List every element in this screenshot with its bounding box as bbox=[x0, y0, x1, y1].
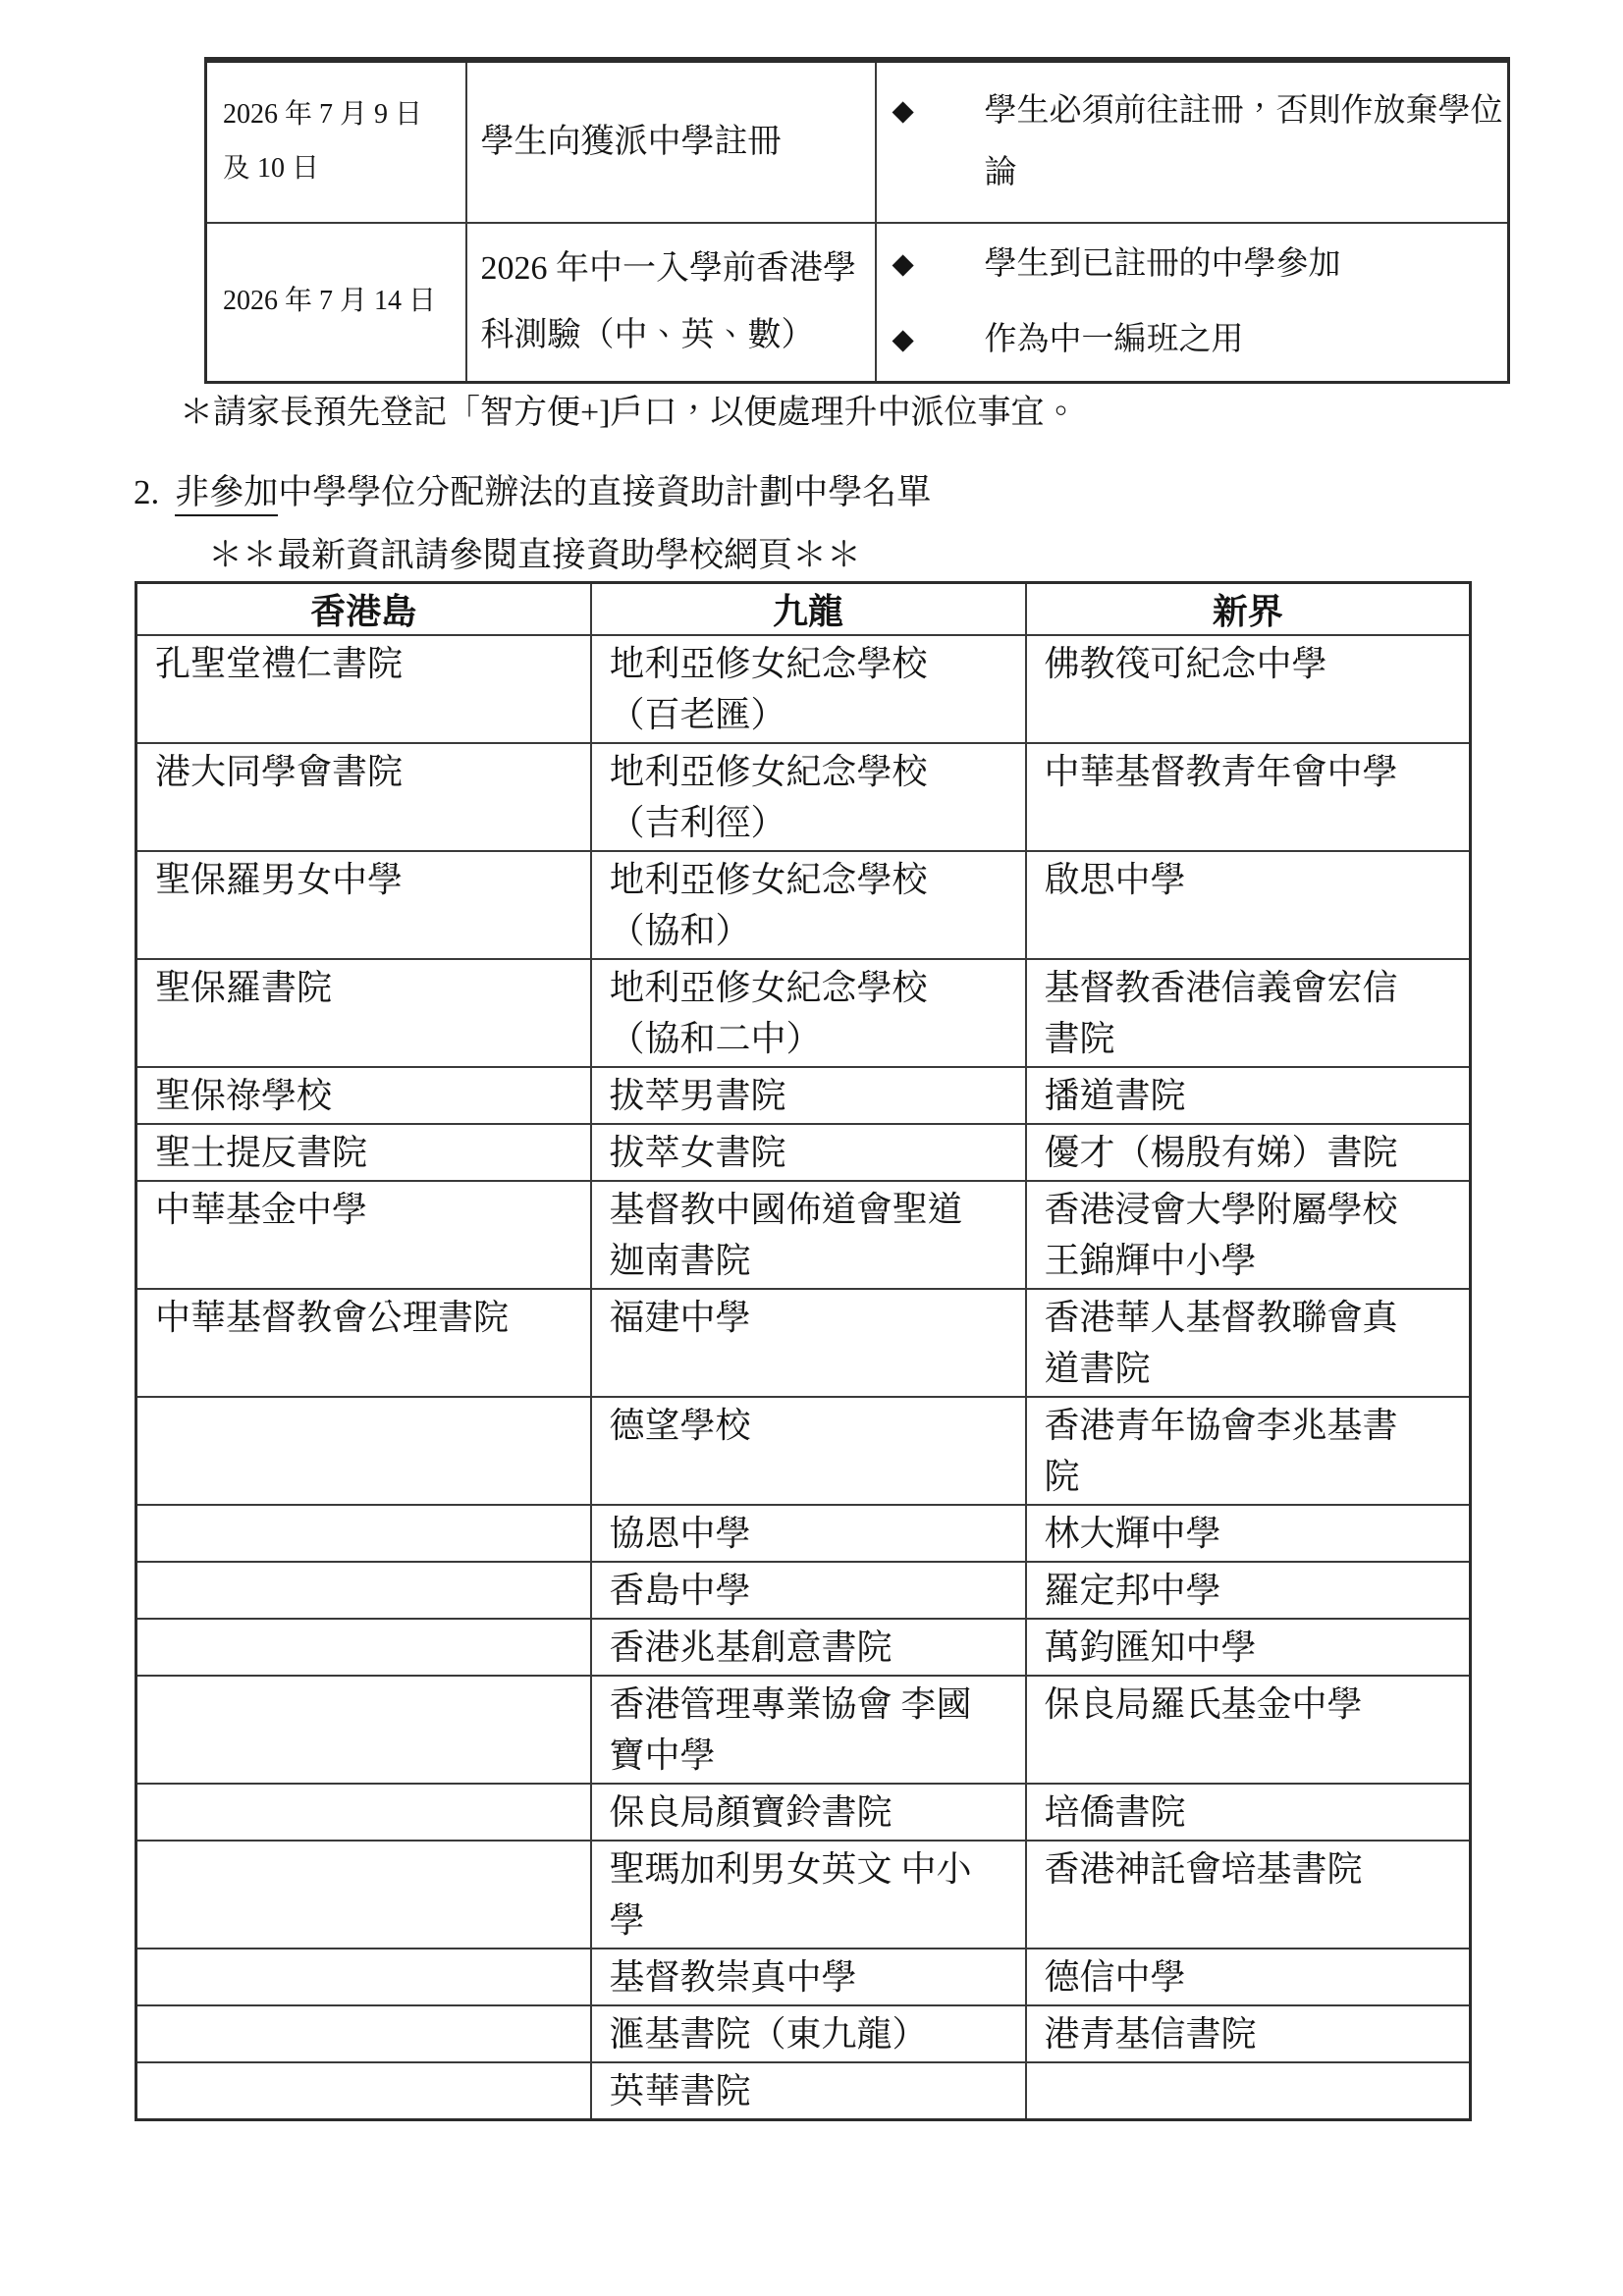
school-cell-hong-kong-island: 聖保祿學校 bbox=[136, 1067, 591, 1124]
school-cell-new-territories: 港青基信書院 bbox=[1026, 2005, 1471, 2062]
school-cell-kowloon: 滙基書院（東九龍） bbox=[591, 2005, 1026, 2062]
school-cell-hong-kong-island bbox=[136, 1784, 591, 1841]
schedule-date-cell: 2026 年 7 月 9 日及 10 日 bbox=[206, 60, 466, 223]
school-cell-hong-kong-island: 中華基督教會公理書院 bbox=[136, 1289, 591, 1397]
school-cell-new-territories: 佛教筏可紀念中學 bbox=[1026, 635, 1471, 743]
school-cell-kowloon: 基督教崇真中學 bbox=[591, 1949, 1026, 2005]
diamond-bullet-icon: ◆ bbox=[877, 309, 985, 371]
schedule-event-cell: 學生向獲派中學註冊 bbox=[466, 60, 876, 223]
school-cell-hong-kong-island bbox=[136, 1949, 591, 2005]
section-heading: 2.非參加中學學位分配辦法的直接資助計劃中學名單 bbox=[134, 465, 931, 514]
bullet-text: 學生必須前往註冊，否則作放棄學位論 bbox=[985, 80, 1508, 203]
school-cell-hong-kong-island bbox=[136, 1619, 591, 1676]
section-title-rest: 中學學位分配辦法的直接資助計劃中學名單 bbox=[278, 473, 931, 511]
school-cell-kowloon: 保良局顏寶鈴書院 bbox=[591, 1784, 1026, 1841]
schools-table-row: 協恩中學林大輝中學 bbox=[136, 1505, 1471, 1562]
school-cell-kowloon: 英華書院 bbox=[591, 2062, 1026, 2120]
schools-table-row: 德望學校香港青年協會李兆基書院 bbox=[136, 1397, 1471, 1505]
school-cell-hong-kong-island: 聖保羅書院 bbox=[136, 959, 591, 1067]
school-cell-new-territories: 萬鈞匯知中學 bbox=[1026, 1619, 1471, 1676]
school-cell-new-territories bbox=[1026, 2062, 1471, 2120]
schools-table-row: 香港管理專業協會 李國寶中學保良局羅氏基金中學 bbox=[136, 1676, 1471, 1784]
col-header-new-territories: 新界 bbox=[1026, 583, 1471, 636]
school-cell-kowloon: 聖瑪加利男女英文 中小學 bbox=[591, 1841, 1026, 1949]
school-cell-new-territories: 林大輝中學 bbox=[1026, 1505, 1471, 1562]
schools-table-row: 滙基書院（東九龍）港青基信書院 bbox=[136, 2005, 1471, 2062]
schools-table: 香港島 九龍 新界 孔聖堂禮仁書院地利亞修女紀念學校（百老匯）佛教筏可紀念中學港… bbox=[135, 581, 1472, 2121]
school-cell-new-territories: 培僑書院 bbox=[1026, 1784, 1471, 1841]
school-cell-hong-kong-island bbox=[136, 1505, 591, 1562]
school-cell-hong-kong-island bbox=[136, 2062, 591, 2120]
section-subtitle: ＊＊最新資訊請參閱直接資助學校網頁＊＊ bbox=[208, 528, 861, 577]
school-cell-hong-kong-island bbox=[136, 1562, 591, 1619]
school-cell-kowloon: 基督教中國佈道會聖道迦南書院 bbox=[591, 1181, 1026, 1289]
school-cell-kowloon: 地利亞修女紀念學校（協和二中） bbox=[591, 959, 1026, 1067]
registration-note: ＊請家長預先登記「智方便+]戶口，以便處理升中派位事宜。 bbox=[180, 385, 1078, 433]
schools-table-row: 聖瑪加利男女英文 中小學香港神託會培基書院 bbox=[136, 1841, 1471, 1949]
col-header-hong-kong-island: 香港島 bbox=[136, 583, 591, 636]
school-cell-kowloon: 協恩中學 bbox=[591, 1505, 1026, 1562]
school-cell-hong-kong-island: 聖保羅男女中學 bbox=[136, 851, 591, 959]
schools-table-row: 香島中學羅定邦中學 bbox=[136, 1562, 1471, 1619]
school-cell-new-territories: 德信中學 bbox=[1026, 1949, 1471, 2005]
schools-table-row: 中華基督教會公理書院福建中學香港華人基督教聯會真道書院 bbox=[136, 1289, 1471, 1397]
schedule-date-cell: 2026 年 7 月 14 日 bbox=[206, 223, 466, 382]
schools-table-body: 孔聖堂禮仁書院地利亞修女紀念學校（百老匯）佛教筏可紀念中學港大同學會書院地利亞修… bbox=[136, 635, 1471, 2120]
school-cell-new-territories: 羅定邦中學 bbox=[1026, 1562, 1471, 1619]
schools-table-row: 中華基金中學基督教中國佈道會聖道迦南書院香港浸會大學附屬學校王錦輝中小學 bbox=[136, 1181, 1471, 1289]
school-cell-hong-kong-island: 港大同學會書院 bbox=[136, 743, 591, 851]
schools-table-row: 基督教崇真中學德信中學 bbox=[136, 1949, 1471, 2005]
school-cell-kowloon: 香島中學 bbox=[591, 1562, 1026, 1619]
school-cell-new-territories: 香港浸會大學附屬學校王錦輝中小學 bbox=[1026, 1181, 1471, 1289]
col-header-kowloon: 九龍 bbox=[591, 583, 1026, 636]
school-cell-kowloon: 拔萃女書院 bbox=[591, 1124, 1026, 1181]
section-title-underlined: 非參加 bbox=[175, 473, 278, 516]
school-cell-new-territories: 啟思中學 bbox=[1026, 851, 1471, 959]
school-cell-kowloon: 拔萃男書院 bbox=[591, 1067, 1026, 1124]
school-cell-hong-kong-island: 聖士提反書院 bbox=[136, 1124, 591, 1181]
school-cell-kowloon: 地利亞修女紀念學校（吉利徑） bbox=[591, 743, 1026, 851]
schedule-notes-cell: ◆學生必須前往註冊，否則作放棄學位論 bbox=[876, 60, 1509, 223]
bullet-text: 作為中一編班之用 bbox=[985, 309, 1508, 371]
schools-table-row: 香港兆基創意書院萬鈞匯知中學 bbox=[136, 1619, 1471, 1676]
schools-table-row: 港大同學會書院地利亞修女紀念學校（吉利徑）中華基督教青年會中學 bbox=[136, 743, 1471, 851]
school-cell-new-territories: 優才（楊殷有娣）書院 bbox=[1026, 1124, 1471, 1181]
schools-table-row: 英華書院 bbox=[136, 2062, 1471, 2120]
section-number: 2. bbox=[134, 473, 159, 511]
diamond-bullet-icon: ◆ bbox=[877, 80, 985, 142]
school-cell-kowloon: 香港兆基創意書院 bbox=[591, 1619, 1026, 1676]
school-cell-kowloon: 地利亞修女紀念學校（協和） bbox=[591, 851, 1026, 959]
bullet-item: ◆學生到已註冊的中學參加 bbox=[877, 234, 1508, 295]
school-cell-new-territories: 香港青年協會李兆基書院 bbox=[1026, 1397, 1471, 1505]
school-cell-hong-kong-island bbox=[136, 1841, 591, 1949]
schools-table-row: 聖保祿學校拔萃男書院播道書院 bbox=[136, 1067, 1471, 1124]
school-cell-kowloon: 地利亞修女紀念學校（百老匯） bbox=[591, 635, 1026, 743]
school-cell-hong-kong-island: 中華基金中學 bbox=[136, 1181, 591, 1289]
school-cell-new-territories: 保良局羅氏基金中學 bbox=[1026, 1676, 1471, 1784]
bullet-item: ◆作為中一編班之用 bbox=[877, 309, 1508, 371]
schools-table-row: 孔聖堂禮仁書院地利亞修女紀念學校（百老匯）佛教筏可紀念中學 bbox=[136, 635, 1471, 743]
school-cell-hong-kong-island bbox=[136, 2005, 591, 2062]
school-cell-hong-kong-island bbox=[136, 1676, 591, 1784]
schedule-table: 2026 年 7 月 9 日及 10 日 學生向獲派中學註冊 ◆學生必須前往註冊… bbox=[204, 57, 1510, 384]
schools-table-row: 聖士提反書院拔萃女書院優才（楊殷有娣）書院 bbox=[136, 1124, 1471, 1181]
scanned-document-page: { "note": "＊請家長預先登記「智方便+]戶口，以便處理升中派位事宜。"… bbox=[0, 0, 1623, 2296]
bullet-item: ◆學生必須前往註冊，否則作放棄學位論 bbox=[877, 80, 1508, 203]
schools-table-row: 保良局顏寶鈴書院培僑書院 bbox=[136, 1784, 1471, 1841]
school-cell-new-territories: 香港神託會培基書院 bbox=[1026, 1841, 1471, 1949]
schedule-row: 2026 年 7 月 14 日 2026 年中一入學前香港學科測驗（中、英、數）… bbox=[206, 223, 1509, 382]
diamond-bullet-icon: ◆ bbox=[877, 234, 985, 295]
school-cell-new-territories: 基督教香港信義會宏信書院 bbox=[1026, 959, 1471, 1067]
school-cell-new-territories: 播道書院 bbox=[1026, 1067, 1471, 1124]
school-cell-hong-kong-island: 孔聖堂禮仁書院 bbox=[136, 635, 591, 743]
school-cell-new-territories: 中華基督教青年會中學 bbox=[1026, 743, 1471, 851]
school-cell-kowloon: 德望學校 bbox=[591, 1397, 1026, 1505]
schools-header-row: 香港島 九龍 新界 bbox=[136, 583, 1471, 636]
schedule-event-cell: 2026 年中一入學前香港學科測驗（中、英、數） bbox=[466, 223, 876, 382]
schedule-notes-cell: ◆學生到已註冊的中學參加◆作為中一編班之用 bbox=[876, 223, 1509, 382]
school-cell-kowloon: 香港管理專業協會 李國寶中學 bbox=[591, 1676, 1026, 1784]
schools-table-row: 聖保羅男女中學地利亞修女紀念學校（協和）啟思中學 bbox=[136, 851, 1471, 959]
schedule-row: 2026 年 7 月 9 日及 10 日 學生向獲派中學註冊 ◆學生必須前往註冊… bbox=[206, 60, 1509, 223]
bullet-text: 學生到已註冊的中學參加 bbox=[985, 234, 1508, 295]
schools-table-row: 聖保羅書院地利亞修女紀念學校（協和二中）基督教香港信義會宏信書院 bbox=[136, 959, 1471, 1067]
school-cell-hong-kong-island bbox=[136, 1397, 591, 1505]
school-cell-new-territories: 香港華人基督教聯會真道書院 bbox=[1026, 1289, 1471, 1397]
school-cell-kowloon: 福建中學 bbox=[591, 1289, 1026, 1397]
